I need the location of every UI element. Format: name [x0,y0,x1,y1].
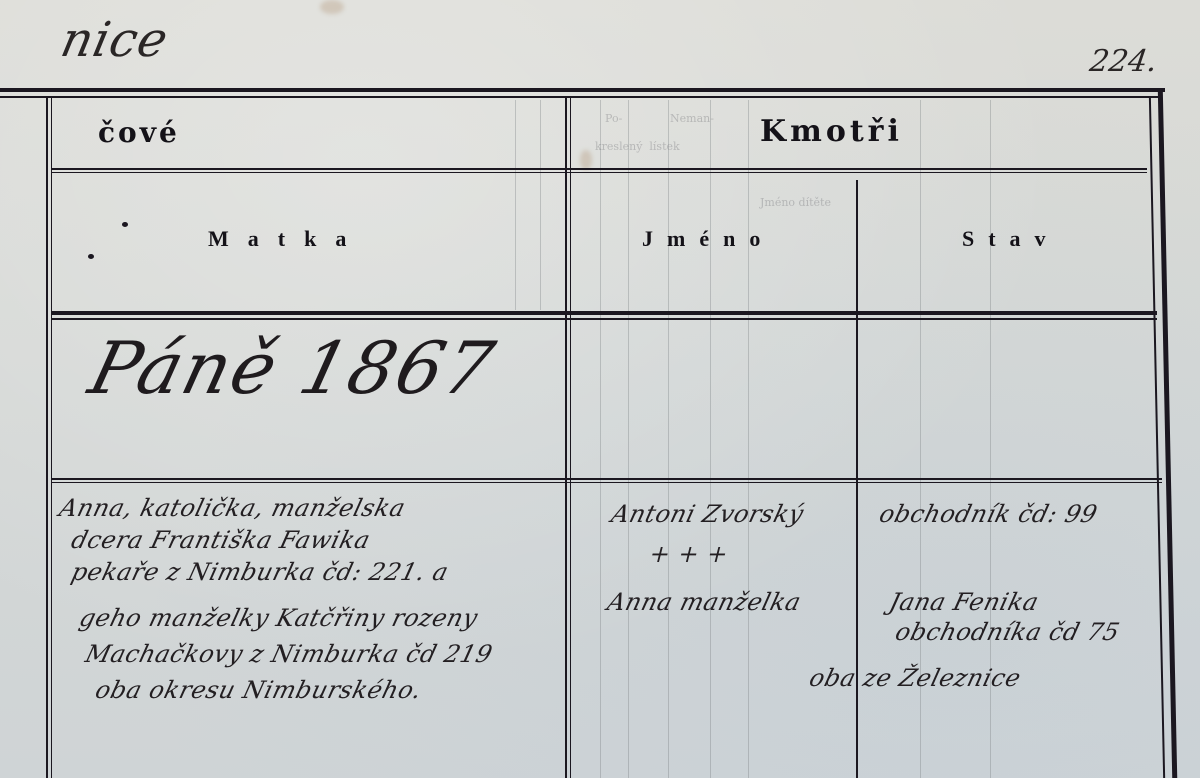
header-bottom-rule [52,311,1157,315]
top-heading-fragment: nice [56,12,173,68]
faint-column-rule [600,100,601,778]
year-heading: Páně 1867 [82,326,504,410]
bleed-through-text: kreslený lístek [595,140,680,153]
faint-column-rule [540,100,541,310]
frame-top-inner-rule [0,96,1160,98]
faint-column-rule [628,100,629,778]
mother-line: Machačkovy z Nimburka čd 219 [83,640,496,668]
bleed-through-text: Neman- [670,112,714,125]
column-header-name: Jméno [642,226,774,252]
faint-column-rule [515,100,516,310]
godparent-name-line: Antoni Zvorský [609,500,807,528]
register-page: nice 224. Po- Neman- kreslený lístek Jmé… [0,0,1200,778]
illiterate-crosses: + + + [647,540,732,568]
godparent-name-line: Anna manželka [605,588,805,616]
paper-stain [580,150,592,170]
column-divider-mother [565,98,571,778]
frame-top-rule [0,88,1165,92]
mother-line: pekaře z Nimburka čd: 221. a [69,558,452,586]
column-header-status: Stav [962,226,1060,252]
frame-left-rule [46,96,52,778]
year-row-bottom-rule [52,478,1162,483]
paper-stain [320,0,344,14]
mother-line: geho manželky Katčřiny rozeny [77,604,481,632]
godparent-status-line: obchodník čd: 99 [877,500,1101,528]
mother-line: dcera Františka Fawika [69,526,374,554]
bleed-through-text: Po- [605,112,622,125]
page-number: 224. [1088,44,1160,79]
ink-dot [122,222,128,227]
ink-dot [88,254,94,259]
mother-line: oba okresu Nimburského. [93,676,425,704]
column-header-mother: Matka [208,226,365,252]
faint-column-rule [748,100,749,778]
godparent-status-line: oba ze Železnice [807,664,1024,692]
header-fathers-fragment: čové [98,116,180,149]
faint-column-rule [710,100,711,778]
faint-column-rule [668,100,669,778]
header-group-divider [52,168,1147,173]
mother-line: Anna, katolička, manželska [57,494,409,522]
bleed-through-text: Jméno dítěte [760,196,831,209]
godparent-status-line: obchodníka čd 75 [893,618,1123,646]
godparent-status-line: Jana Fenika [887,588,1042,616]
header-bottom-inner-rule [52,318,1157,320]
header-godparents: Kmotři [760,114,903,149]
